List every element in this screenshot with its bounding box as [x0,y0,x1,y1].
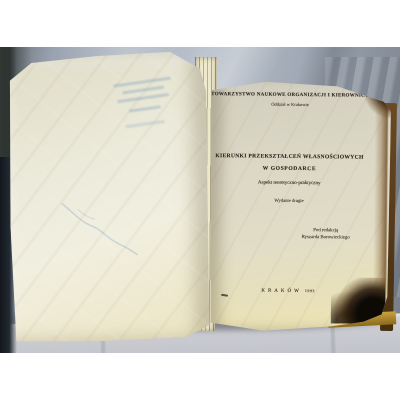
book-title-line2: W GOSPODARCE [210,165,368,173]
book-photograph: TOWARZYSTWO NAUKOWE ORGANIZACJI I KIEROW… [0,47,400,353]
imprint-city: KRAKÓW [261,289,302,294]
bleed-line [125,120,165,129]
editor-label: Pod redakcją [313,228,338,233]
book-subtitle: Aspekt teoretyczno-praktyczny [210,180,368,187]
foxing-stain-right-edge [373,96,388,308]
left-blank-page [8,51,211,342]
photo-canvas: TOWARZYSTWO NAUKOWE ORGANIZACJI I KIEROW… [0,0,400,400]
ink-bleedthrough-stamp [109,76,182,137]
publisher-name: TOWARZYSTWO NAUKOWE ORGANIZACJI I KIEROW… [211,92,369,99]
bleed-line [129,105,161,112]
editor-credit: Pod redakcją Ryszarda Borowieckiego [264,227,388,242]
imprint-year: 1993 [305,288,315,293]
book-title-line1: KIERUNKI PRZEKSZTAŁCEŃ WŁASNOŚCIOWYCH [210,153,368,161]
edition-note: Wydanie drugie [210,197,368,204]
title-page: TOWARZYSTWO NAUKOWE ORGANIZACJI I KIEROW… [209,80,392,332]
bleed-line [117,93,169,103]
publisher-branch: Oddział w Krakowie [211,101,369,108]
bleed-line [122,86,164,95]
ink-scribble [58,194,159,266]
editor-name: Ryszarda Borowieckiego [302,235,350,241]
